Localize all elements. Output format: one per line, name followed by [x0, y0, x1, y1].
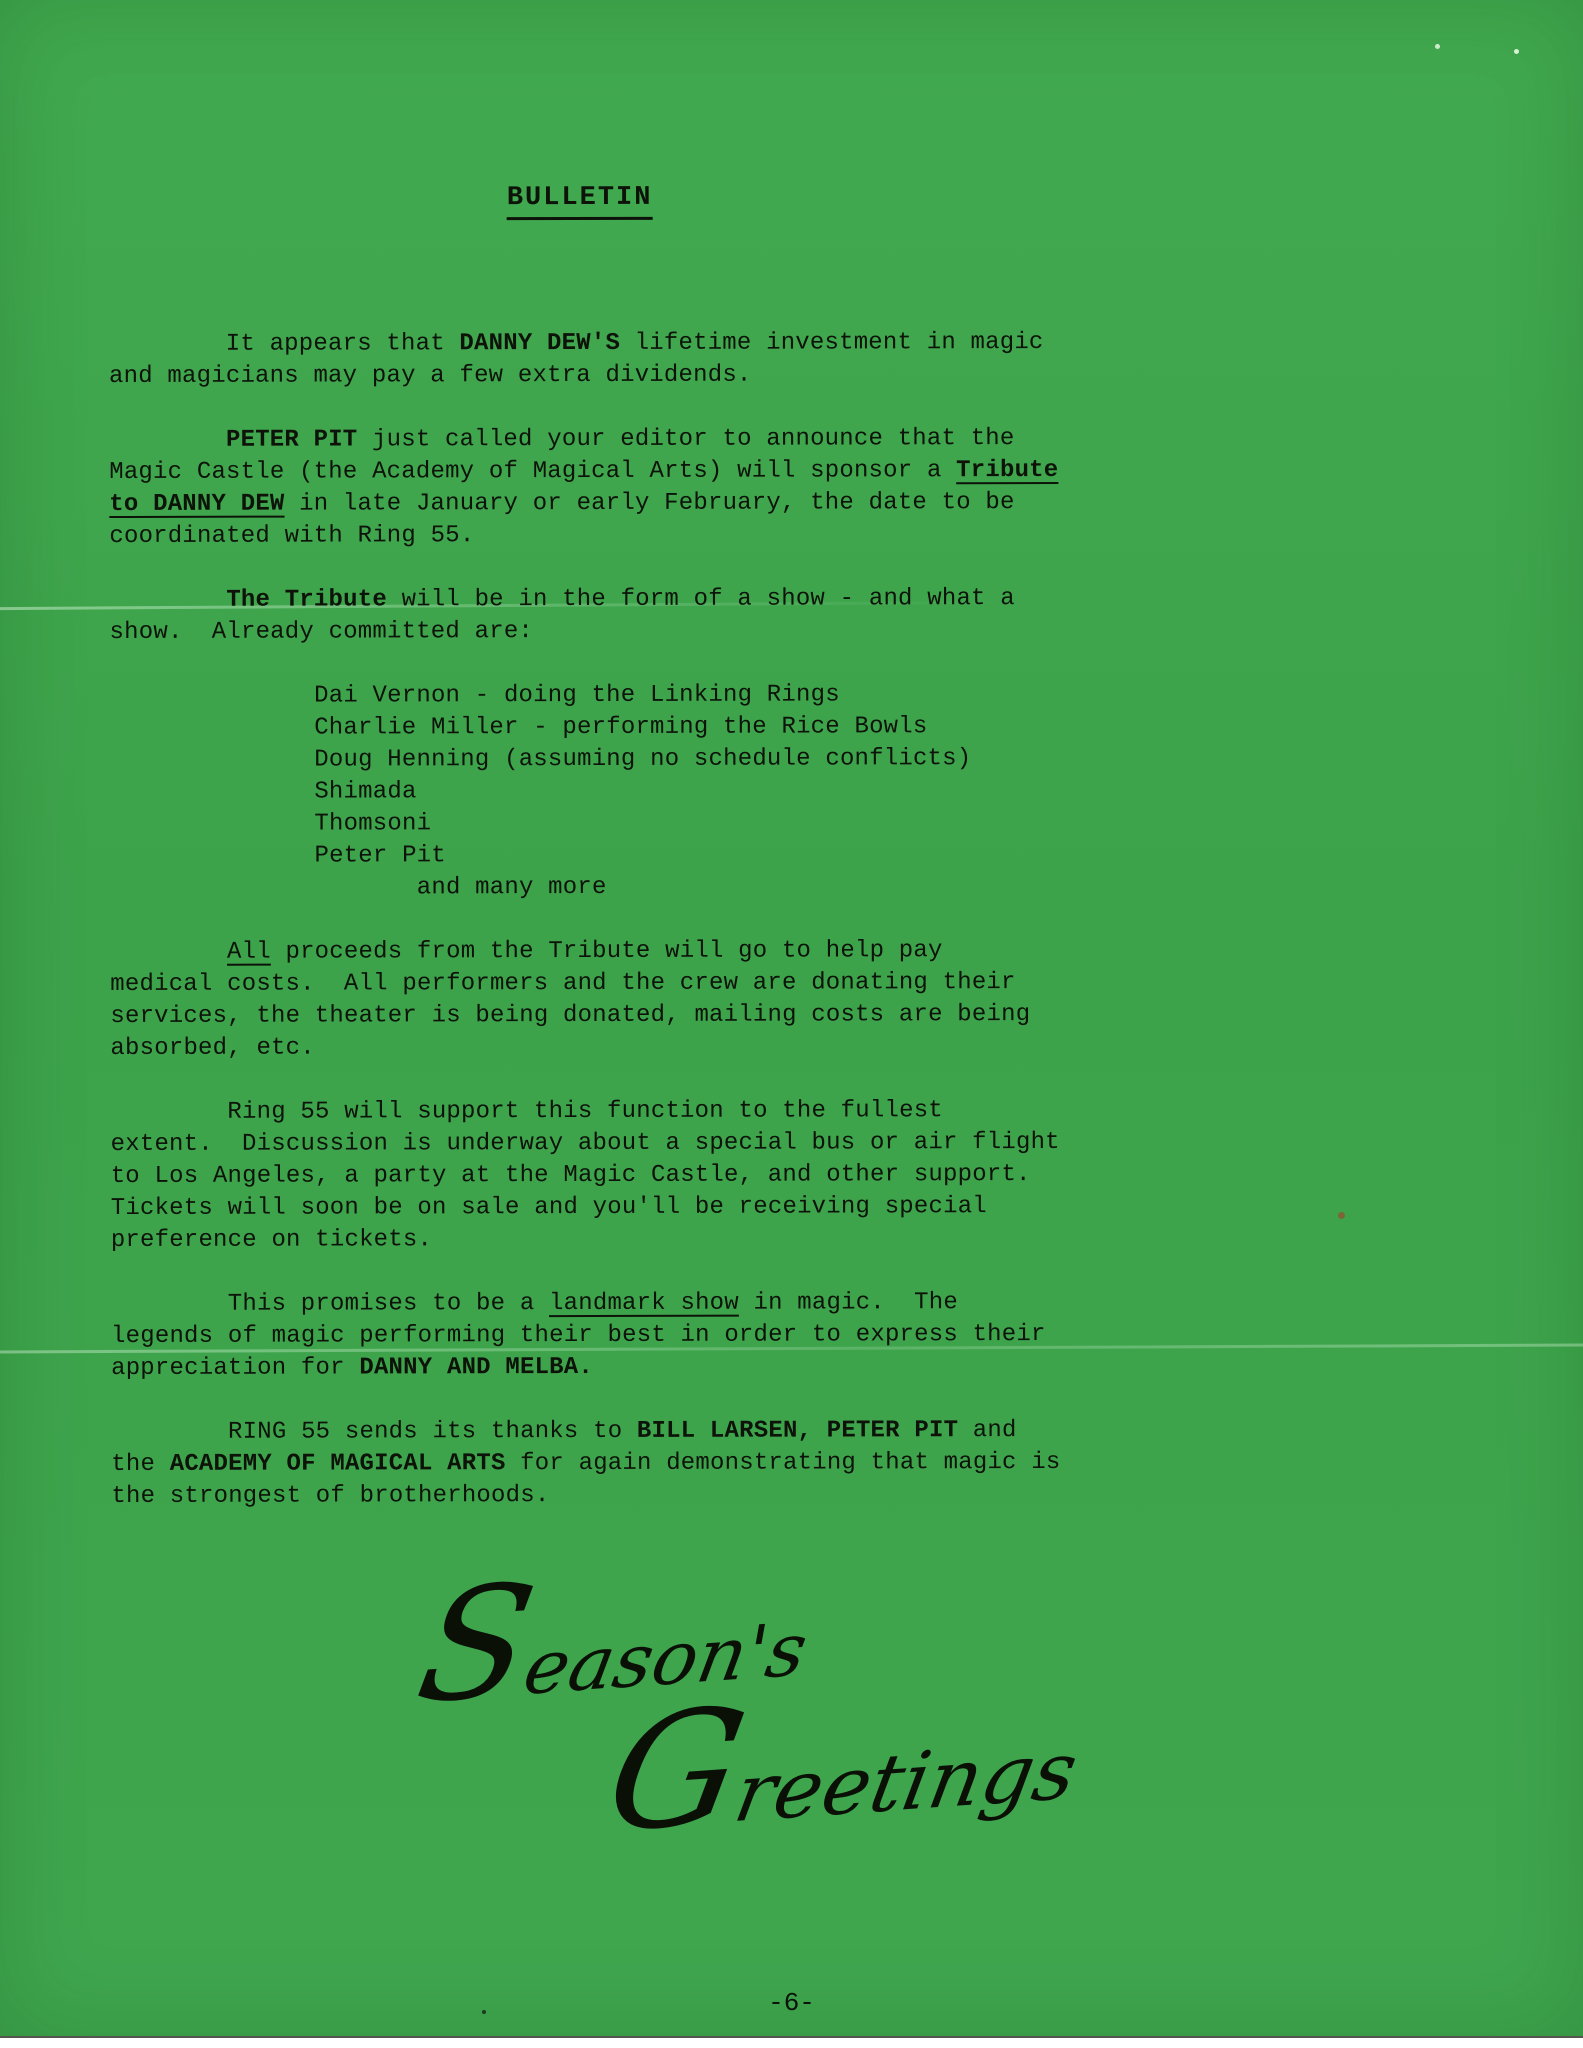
text-line: the ACADEMY OF MAGICAL ARTS for again de…	[111, 1447, 1053, 1481]
text-segment: extent. Discussion is underway about a s…	[111, 1129, 1060, 1158]
text-line: Tickets will soon be on sale and you'll …	[111, 1191, 1053, 1225]
paragraphs-container: It appears that DANNY DEW'S lifetime inv…	[109, 327, 1053, 1513]
text-segment: Ring 55 will support this function to th…	[111, 1097, 943, 1126]
text-line: and many more	[110, 871, 1052, 905]
text-line: services, the theater is being donated, …	[110, 999, 1052, 1033]
text-line: preference on tickets.	[111, 1223, 1053, 1257]
text-segment: will be in the form of a show - and what…	[387, 585, 1015, 613]
paper-speck	[1338, 1212, 1345, 1219]
document-body: BULLETIN It appears that DANNY DEW'S lif…	[109, 182, 1054, 1513]
text-segment: landmark show	[549, 1290, 739, 1317]
text-segment: DANNY AND MELBA.	[359, 1354, 593, 1381]
text-segment: lifetime investment in magic	[620, 329, 1044, 357]
text-line: appreciation for DANNY AND MELBA.	[111, 1351, 1053, 1385]
paper-speck	[1514, 49, 1519, 54]
text-segment: to Los Angeles, a party at the Magic Cas…	[111, 1161, 1031, 1190]
text-segment: PETER PIT	[226, 426, 357, 453]
text-segment: Tribute	[956, 457, 1058, 484]
text-segment: coordinated with Ring 55.	[109, 522, 474, 550]
text-segment: Charlie Miller - performing the Rice Bow…	[110, 713, 928, 742]
text-line: The Tribute will be in the form of a sho…	[109, 583, 1051, 617]
page-title: BULLETIN	[507, 183, 653, 220]
text-segment: Tickets will soon be on sale and you'll …	[111, 1193, 987, 1222]
text-segment: ACADEMY OF MAGICAL ARTS	[170, 1450, 506, 1478]
text-segment: All	[227, 939, 271, 966]
text-segment: Doug Henning (assuming no schedule confl…	[110, 745, 972, 774]
text-segment: preference on tickets.	[111, 1226, 432, 1254]
text-segment: Thomsoni	[110, 810, 431, 838]
paragraph: The Tribute will be in the form of a sho…	[109, 583, 1051, 649]
text-segment	[109, 427, 226, 454]
text-segment: legends of magic performing their best i…	[111, 1321, 1046, 1350]
text-segment: Shimada	[110, 778, 417, 806]
text-segment: It appears that	[109, 330, 460, 358]
text-segment: This promises to be a	[111, 1290, 549, 1318]
paragraph: Ring 55 will support this function to th…	[111, 1095, 1053, 1257]
seasons-script-word: Season's	[409, 1607, 813, 1719]
text-line: medical costs. All performers and the cr…	[110, 967, 1052, 1001]
text-line: Magic Castle (the Academy of Magical Art…	[109, 455, 1051, 489]
text-line: absorbed, etc.	[110, 1031, 1052, 1065]
text-segment: and magicians may pay a few extra divide…	[109, 362, 752, 390]
text-segment: the strongest of brotherhoods.	[111, 1482, 549, 1510]
text-line: Ring 55 will support this function to th…	[111, 1095, 1053, 1129]
paragraph: Dai Vernon - doing the Linking Rings Cha…	[110, 679, 1052, 905]
text-segment: absorbed, etc.	[110, 1035, 314, 1062]
paper-speck	[1435, 44, 1440, 49]
text-line: Charlie Miller - performing the Rice Bow…	[110, 711, 1052, 745]
text-line: It appears that DANNY DEW'S lifetime inv…	[109, 327, 1051, 361]
text-segment: in magic. The	[739, 1289, 958, 1316]
text-line: Thomsoni	[110, 807, 1052, 841]
text-segment: Magic Castle (the Academy of Magical Art…	[109, 457, 956, 486]
paragraph: This promises to be a landmark show in m…	[111, 1287, 1053, 1385]
text-line: RING 55 sends its thanks to BILL LARSEN,…	[111, 1415, 1053, 1449]
text-line: Peter Pit	[110, 839, 1052, 873]
text-line: Doug Henning (assuming no schedule confl…	[110, 743, 1052, 777]
bulletin-paper: BULLETIN It appears that DANNY DEW'S lif…	[0, 0, 1583, 2036]
paragraph: PETER PIT just called your editor to ann…	[109, 423, 1051, 553]
text-segment: and many more	[110, 874, 607, 902]
page-number: -6-	[0, 1988, 1583, 2018]
text-segment: RING 55 sends its thanks to	[111, 1418, 637, 1446]
text-line: Shimada	[110, 775, 1052, 809]
text-line: PETER PIT just called your editor to ann…	[109, 423, 1051, 457]
text-line: Dai Vernon - doing the Linking Rings	[110, 679, 1052, 713]
text-segment: the	[111, 1451, 169, 1478]
paragraph: It appears that DANNY DEW'S lifetime inv…	[109, 327, 1051, 393]
text-segment: proceeds from the Tribute will go to hel…	[271, 937, 943, 965]
text-line: show. Already committed are:	[110, 615, 1052, 649]
text-segment: for again demonstrating that magic is	[506, 1449, 1061, 1477]
text-line: All proceeds from the Tribute will go to…	[110, 935, 1052, 969]
scan-bottom-edge	[0, 2036, 1583, 2038]
text-line: and magicians may pay a few extra divide…	[109, 359, 1051, 393]
greetings-script-word: Greetings	[598, 1724, 1084, 1849]
text-line: legends of magic performing their best i…	[111, 1319, 1053, 1353]
text-segment: just called your editor to announce that…	[357, 425, 1014, 453]
text-line: This promises to be a landmark show in m…	[111, 1287, 1053, 1321]
paragraph: All proceeds from the Tribute will go to…	[110, 935, 1052, 1065]
title-row: BULLETIN	[109, 182, 1051, 221]
paragraph: RING 55 sends its thanks to BILL LARSEN,…	[111, 1415, 1053, 1513]
text-segment	[110, 939, 227, 966]
text-segment: BILL LARSEN, PETER PIT	[637, 1417, 958, 1445]
text-line: to Los Angeles, a party at the Magic Cas…	[111, 1159, 1053, 1193]
text-segment: show. Already committed are:	[110, 618, 534, 646]
text-segment: appreciation for	[111, 1354, 359, 1382]
text-line: the strongest of brotherhoods.	[111, 1479, 1053, 1513]
text-segment: DANNY DEW'S	[459, 330, 620, 357]
text-segment: Peter Pit	[110, 842, 446, 870]
text-segment: and	[958, 1417, 1016, 1444]
text-segment	[109, 587, 226, 614]
text-segment: medical costs. All performers and the cr…	[110, 969, 1015, 998]
text-line: extent. Discussion is underway about a s…	[111, 1127, 1053, 1161]
text-segment: in late January or early February, the d…	[284, 489, 1014, 518]
text-segment: The Tribute	[226, 586, 387, 613]
text-line: coordinated with Ring 55.	[109, 519, 1051, 553]
text-segment: Dai Vernon - doing the Linking Rings	[110, 681, 840, 710]
text-segment: to DANNY DEW	[109, 491, 284, 518]
text-line: to DANNY DEW in late January or early Fe…	[109, 487, 1051, 521]
text-segment: services, the theater is being donated, …	[110, 1001, 1030, 1030]
